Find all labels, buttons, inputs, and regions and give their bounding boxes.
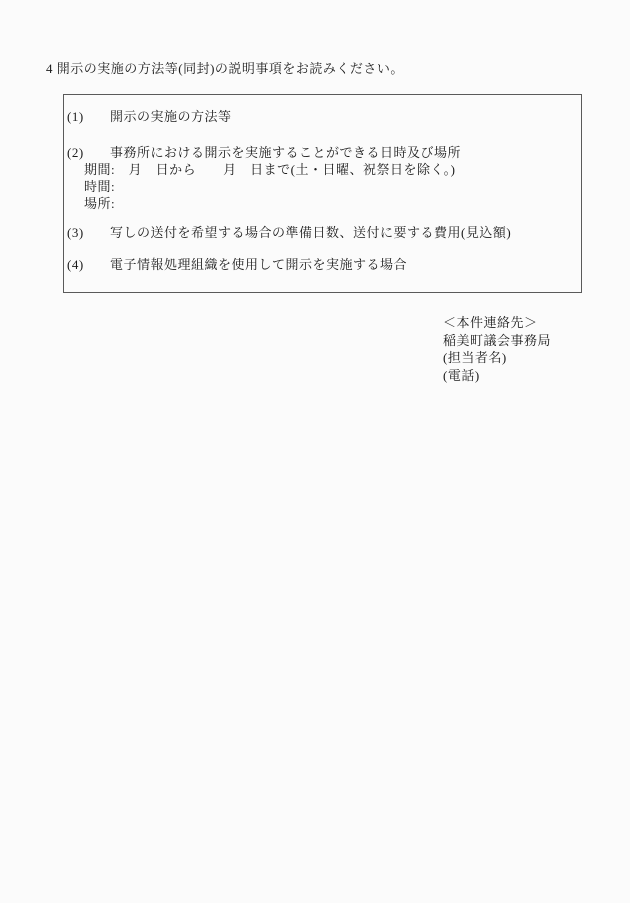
period-line: 期間: 月 日から 月 日まで(土・日曜、祝祭日を除く。) — [84, 161, 456, 178]
contact-block: ＜本件連絡先＞ 稲美町議会事務局 (担当者名) (電話) — [443, 314, 551, 384]
notice-item-1-number: (1) — [67, 108, 84, 125]
contact-person: (担当者名) — [443, 349, 551, 367]
section-heading: 4 開示の実施の方法等(同封)の説明事項をお読みください。 — [46, 60, 404, 77]
contact-phone: (電話) — [443, 367, 551, 385]
contact-office: 稲美町議会事務局 — [443, 332, 551, 350]
notice-item-3-text: 写しの送付を希望する場合の準備日数、送付に要する費用(見込額) — [110, 224, 511, 241]
notice-item-2-text: 事務所における開示を実施することができる日時及び場所 — [110, 144, 461, 161]
notice-item-3-number: (3) — [67, 224, 84, 241]
notice-item-4-number: (4) — [67, 256, 84, 273]
disclosure-notice-box: (1) 開示の実施の方法等 (2) 事務所における開示を実施することができる日時… — [63, 94, 582, 293]
place-line: 場所: — [84, 195, 115, 212]
contact-header: ＜本件連絡先＞ — [443, 314, 551, 332]
notice-item-4-text: 電子情報処理組織を使用して開示を実施する場合 — [110, 256, 407, 273]
notice-item-2-number: (2) — [67, 144, 84, 161]
time-line: 時間: — [84, 178, 115, 195]
document-page: 4 開示の実施の方法等(同封)の説明事項をお読みください。 (1) 開示の実施の… — [0, 0, 630, 903]
notice-item-1-text: 開示の実施の方法等 — [110, 108, 232, 125]
